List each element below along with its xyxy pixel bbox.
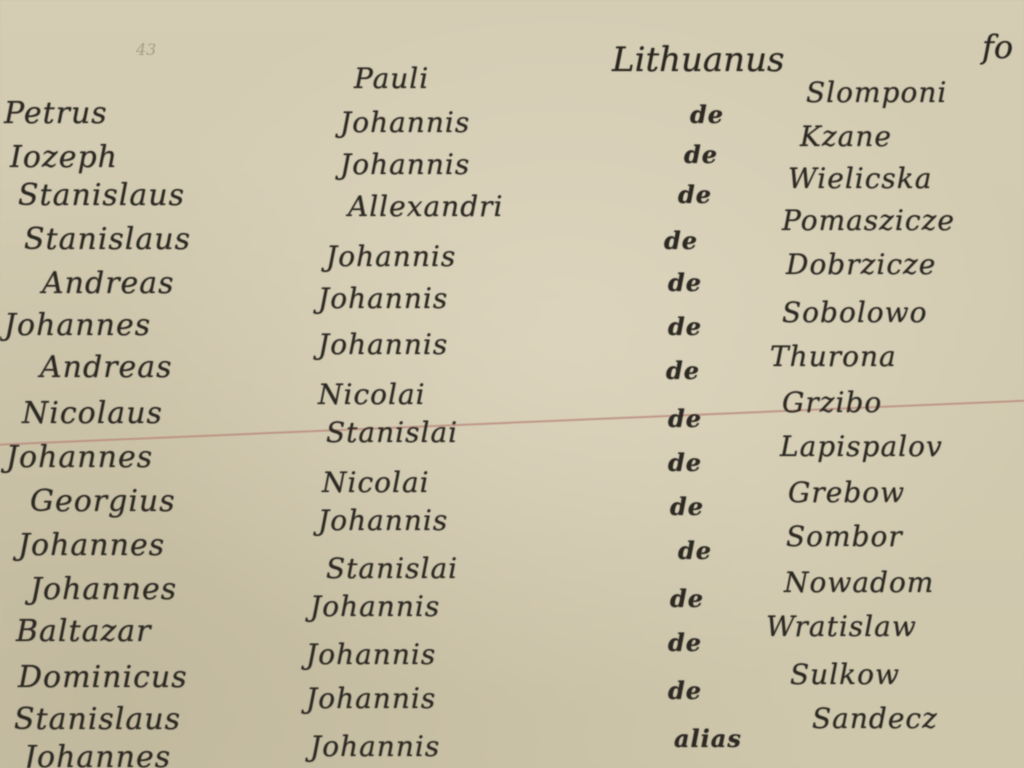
place-name: Kzane xyxy=(800,120,892,153)
preposition: de xyxy=(668,628,702,657)
preposition: de xyxy=(668,448,702,477)
manuscript-page: 43 Lithuanus fo Petrus Iozeph Stanislaus… xyxy=(0,0,1024,768)
father-name: Johannis xyxy=(310,590,440,623)
place-name: Sobolowo xyxy=(782,296,927,329)
preposition: de xyxy=(678,180,712,209)
given-name: Stanislaus xyxy=(18,178,185,213)
preposition: alias xyxy=(674,724,742,753)
father-name: Nicolai xyxy=(322,466,430,499)
preposition: de xyxy=(668,312,702,341)
origin-heading: Lithuanus xyxy=(612,40,784,80)
place-name: Sandecz xyxy=(812,702,938,735)
father-name: Johannis xyxy=(340,106,470,139)
preposition: de xyxy=(668,268,702,297)
given-name: Georgius xyxy=(30,484,176,519)
father-name: Johannis xyxy=(306,638,436,671)
preposition: de xyxy=(668,404,702,433)
given-name: Andreas xyxy=(42,266,175,301)
father-name: Johannis xyxy=(318,282,448,315)
given-name: Johannes xyxy=(4,308,151,343)
father-name: Stanislai xyxy=(326,416,458,449)
father-name: Johannis xyxy=(326,240,456,273)
father-name: Johannis xyxy=(306,682,436,715)
corner-fragment: fo xyxy=(982,28,1013,66)
preposition: de xyxy=(684,140,718,169)
place-name: Sulkow xyxy=(790,658,900,691)
preposition: de xyxy=(666,356,700,385)
place-name: Thurona xyxy=(770,340,897,373)
father-name: Stanislai xyxy=(326,552,458,585)
place-name: Sombor xyxy=(786,520,903,553)
preposition: de xyxy=(668,676,702,705)
place-name: Grebow xyxy=(788,476,905,509)
place-name: Wratislaw xyxy=(766,610,917,643)
given-name: Dominicus xyxy=(18,660,188,695)
place-name: Lapispalov xyxy=(780,430,943,463)
father-name: Johannis xyxy=(318,504,448,537)
father-name: Johannis xyxy=(310,730,440,763)
father-name: Johannis xyxy=(318,328,448,361)
given-name: Nicolaus xyxy=(22,396,163,431)
preposition: de xyxy=(664,226,698,255)
father-name: Allexandri xyxy=(348,190,503,223)
folio-number: 43 xyxy=(136,40,156,59)
place-name: Dobrzicze xyxy=(786,248,936,281)
place-name: Nowadom xyxy=(784,566,934,599)
father-name: Johannis xyxy=(340,148,470,181)
father-name: Nicolai xyxy=(318,378,426,411)
preposition: de xyxy=(670,492,704,521)
preposition: de xyxy=(678,536,712,565)
place-name: Grzibo xyxy=(782,386,882,419)
father-name: Pauli xyxy=(354,62,429,95)
given-name: Johannes xyxy=(6,440,153,475)
given-name: Johannes xyxy=(18,528,165,563)
given-name: Petrus xyxy=(4,96,108,131)
given-name: Stanislaus xyxy=(14,702,181,737)
given-name: Stanislaus xyxy=(24,222,191,257)
place-name: Pomaszicze xyxy=(782,204,955,237)
given-name: Baltazar xyxy=(16,614,152,649)
given-name: Johannes xyxy=(24,740,171,768)
place-name: Wielicska xyxy=(788,162,932,195)
given-name: Andreas xyxy=(40,350,173,385)
given-name: Johannes xyxy=(30,572,177,607)
preposition: de xyxy=(690,100,724,129)
preposition: de xyxy=(670,584,704,613)
place-name: Slomponi xyxy=(806,76,947,109)
given-name: Iozeph xyxy=(10,140,118,175)
